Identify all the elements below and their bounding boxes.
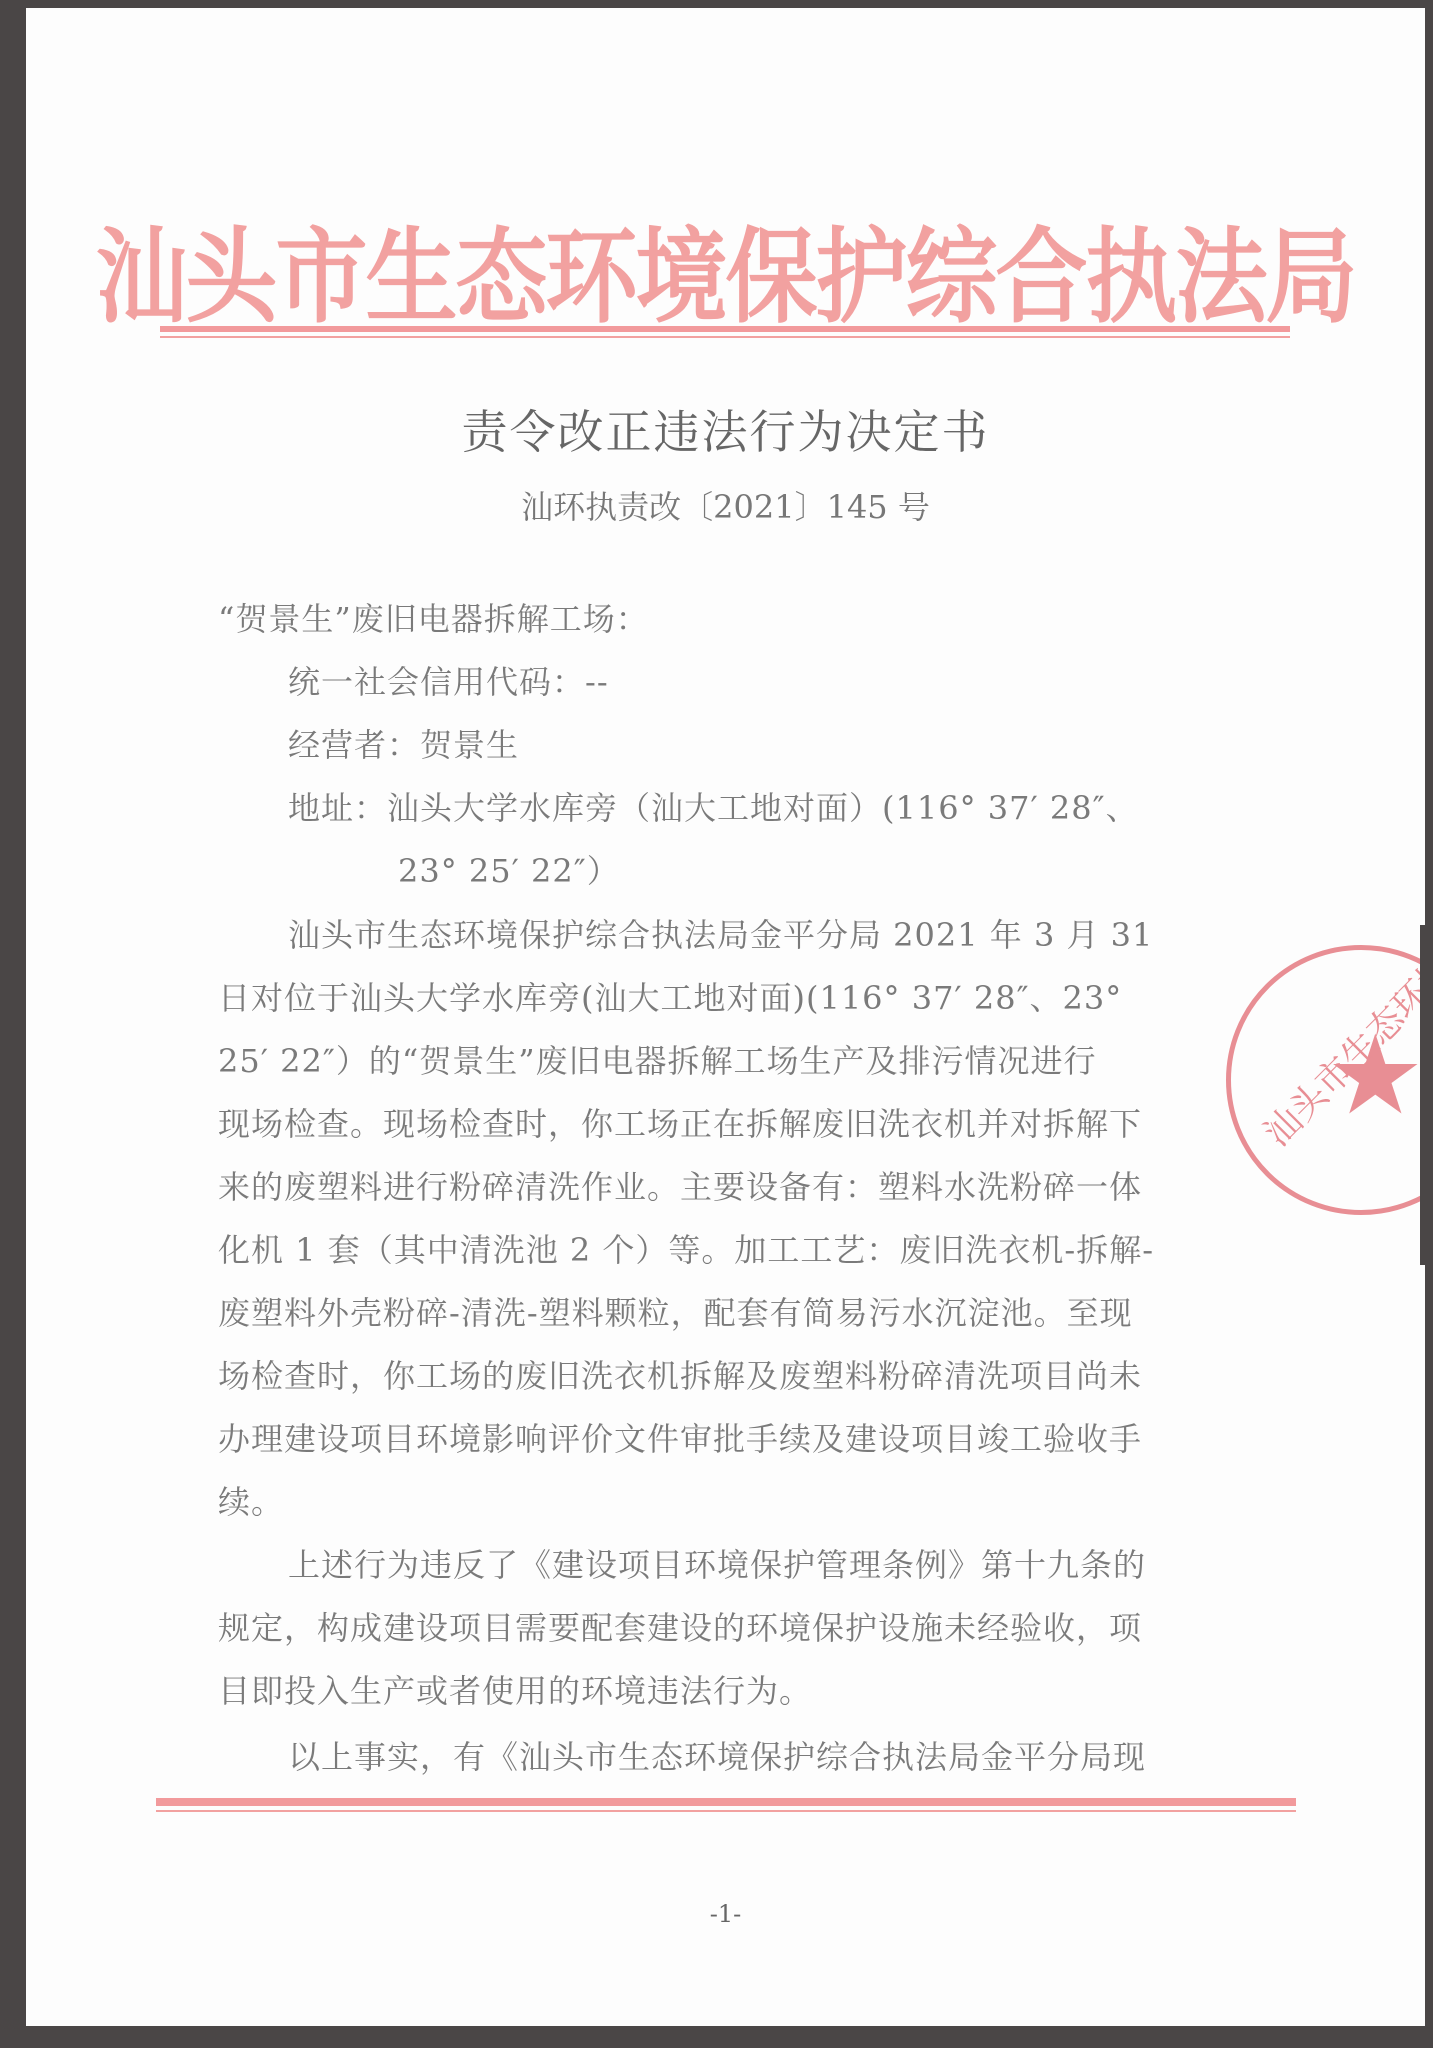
body-line: 上述行为违反了《建设项目环境保护管理条例》第十九条的 (288, 1540, 1146, 1586)
body-line: 25′ 22″）的“贺景生”废旧电器拆解工场生产及排污情况进行 (218, 1036, 1097, 1082)
operator: 经营者：贺景生 (288, 720, 519, 766)
body-line: 场检查时，你工场的废旧洗衣机拆解及废塑料粉碎清洗项目尚未 (218, 1351, 1142, 1397)
body-line: 以上事实，有《汕头市生态环境保护综合执法局金平分局现 (288, 1732, 1146, 1778)
addressee-name: “贺景生”废旧电器拆解工场： (218, 594, 649, 640)
agency-masthead: 汕头市生态环境保护综合执法局 (26, 195, 1425, 343)
body-line: 日对位于汕头大学水库旁(汕大工地对面)(116° 37′ 28″、23° (218, 973, 1122, 1019)
address-line-1: 地址：汕头大学水库旁（汕大工地对面）(116° 37′ 28″、 (288, 783, 1139, 829)
body-line: 目即投入生产或者使用的环境违法行为。 (218, 1666, 812, 1712)
document-number: 汕环执责改〔2021〕145 号 (26, 482, 1425, 528)
page-edge (1420, 925, 1433, 1265)
official-seal: ★ 汕头市生态环境 (1226, 945, 1433, 1215)
official-seal-clip: ★ 汕头市生态环境 (1226, 925, 1433, 1265)
body-line: 汕头市生态环境保护综合执法局金平分局 2021 年 3 月 31 (288, 910, 1153, 956)
body-line: 化机 1 套（其中清洗池 2 个）等。加工工艺：废旧洗衣机-拆解- (218, 1225, 1154, 1271)
masthead-divider (160, 326, 1290, 338)
document-page: 汕头市生态环境保护综合执法局 责令改正违法行为决定书 汕环执责改〔2021〕14… (26, 8, 1425, 2026)
body-line: 废塑料外壳粉碎-清洗-塑料颗粒，配套有简易污水沉淀池。至现 (218, 1288, 1133, 1334)
body-line: 现场检查。现场检查时，你工场正在拆解废旧洗衣机并对拆解下 (218, 1099, 1142, 1145)
credit-code: 统一社会信用代码：-- (288, 657, 609, 703)
body-line: 办理建设项目环境影响评价文件审批手续及建设项目竣工验收手 (218, 1414, 1142, 1460)
document-title: 责令改正违法行为决定书 (26, 396, 1425, 462)
body-line: 规定，构成建设项目需要配套建设的环境保护设施未经验收，项 (218, 1603, 1142, 1649)
address-line-2: 23° 25′ 22″） (398, 846, 620, 892)
footer-divider (156, 1798, 1296, 1812)
body-line: 来的废塑料进行粉碎清洗作业。主要设备有：塑料水洗粉碎一体 (218, 1162, 1142, 1208)
page-number: -1- (26, 1900, 1425, 1928)
body-line: 续。 (218, 1477, 284, 1523)
